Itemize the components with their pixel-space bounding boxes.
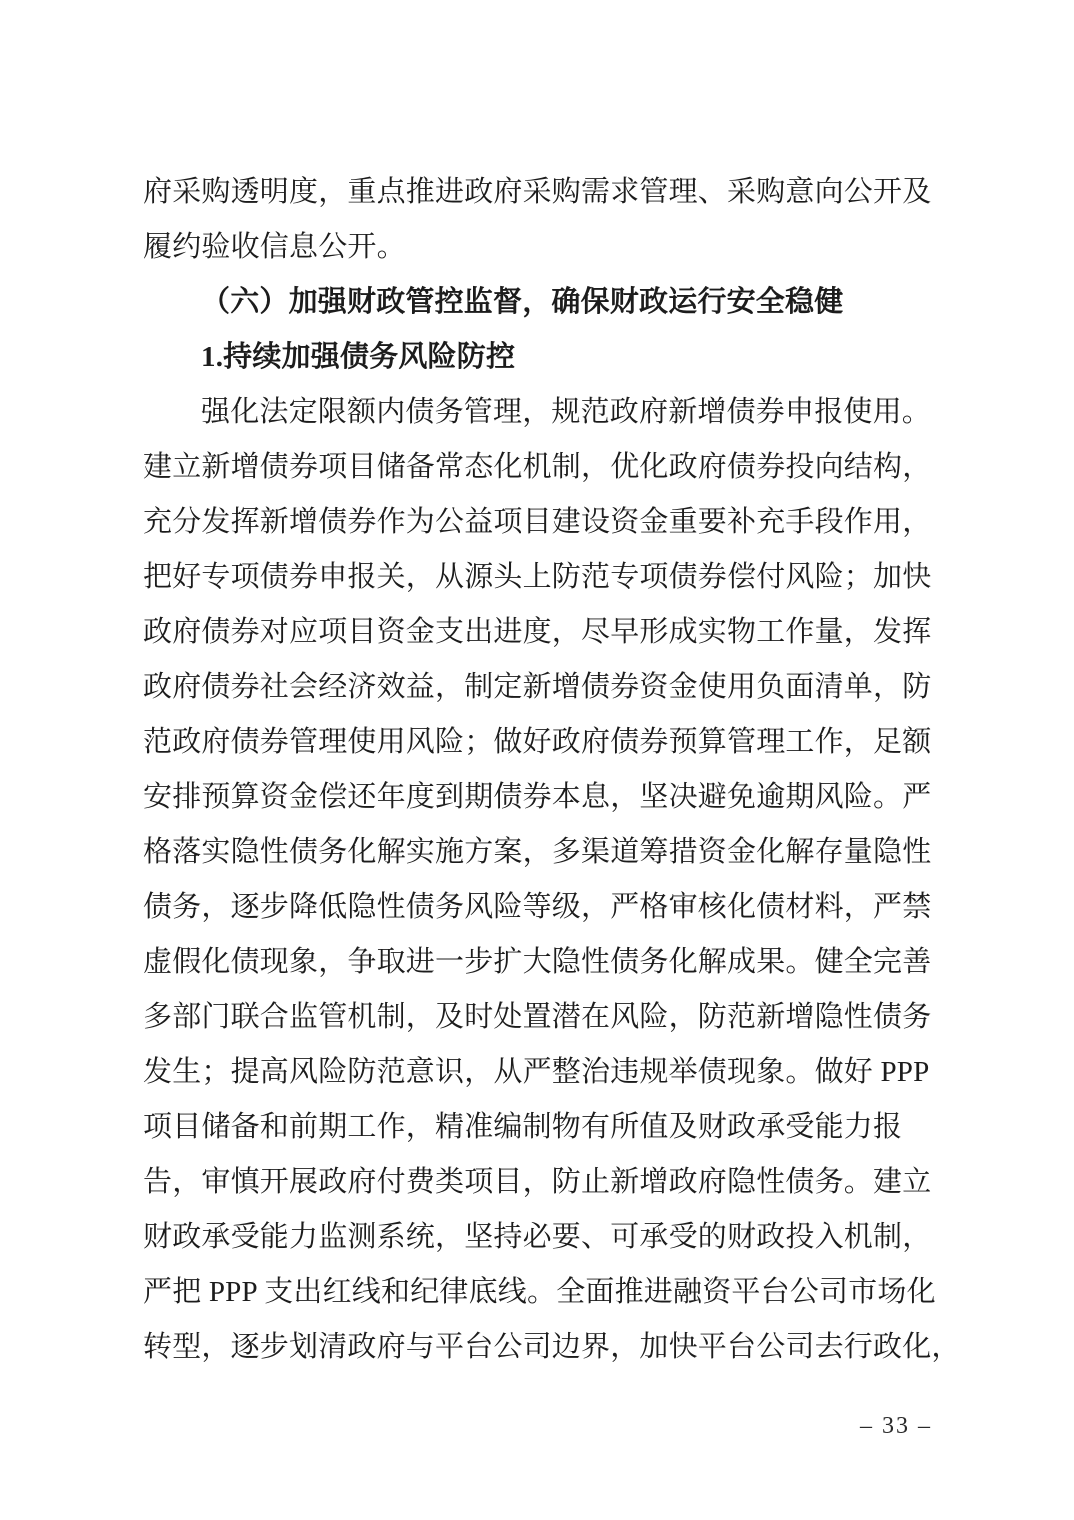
text-line: 政府债券对应项目资金支出进度，尽早形成实物工作量，发挥 (143, 605, 933, 660)
text-line: 把好专项债券申报关，从源头上防范专项债券偿付风险；加快 (143, 550, 933, 605)
text-line: 安排预算资金偿还年度到期债券本息，坚决避免逾期风险。严 (143, 770, 933, 825)
text-line: 项目储备和前期工作，精准编制物有所值及财政承受能力报 (143, 1100, 933, 1155)
subsection-heading: 1.持续加强债务风险防控 (143, 330, 933, 385)
text-column: 府采购透明度，重点推进政府采购需求管理、采购意向公开及 履约验收信息公开。 （六… (143, 165, 933, 1375)
text-line: 建立新增债券项目储备常态化机制，优化政府债券投向结构， (143, 440, 933, 495)
text-line: 格落实隐性债务化解实施方案，多渠道筹措资金化解存量隐性 (143, 825, 933, 880)
text-line: 发生；提高风险防范意识，从严整治违规举债现象。做好 PPP (143, 1045, 933, 1100)
text-line: 转型，逐步划清政府与平台公司边界，加快平台公司去行政化， (143, 1320, 933, 1375)
paragraph-first-line: 强化法定限额内债务管理，规范政府新增债券申报使用。 (143, 385, 933, 440)
text-line: 履约验收信息公开。 (143, 220, 933, 275)
text-line: 充分发挥新增债券作为公益项目建设资金重要补充手段作用， (143, 495, 933, 550)
text-line: 府采购透明度，重点推进政府采购需求管理、采购意向公开及 (143, 165, 933, 220)
text-line: 严把 PPP 支出红线和纪律底线。全面推进融资平台公司市场化 (143, 1265, 933, 1320)
text-line: 虚假化债现象，争取进一步扩大隐性债务化解成果。健全完善 (143, 935, 933, 990)
text-line: 告，审慎开展政府付费类项目，防止新增政府隐性债务。建立 (143, 1155, 933, 1210)
page-number: – 33 – (860, 1406, 932, 1446)
text-line: 债务，逐步降低隐性债务风险等级，严格审核化债材料，严禁 (143, 880, 933, 935)
text-line: 财政承受能力监测系统，坚持必要、可承受的财政投入机制， (143, 1210, 933, 1265)
text-line: 范政府债券管理使用风险；做好政府债券预算管理工作，足额 (143, 715, 933, 770)
section-heading: （六）加强财政管控监督，确保财政运行安全稳健 (143, 275, 933, 330)
text-line: 政府债券社会经济效益，制定新增债券资金使用负面清单，防 (143, 660, 933, 715)
text-line: 多部门联合监管机制，及时处置潜在风险，防范新增隐性债务 (143, 990, 933, 1045)
document-page: 府采购透明度，重点推进政府采购需求管理、采购意向公开及 履约验收信息公开。 （六… (0, 0, 1074, 1520)
